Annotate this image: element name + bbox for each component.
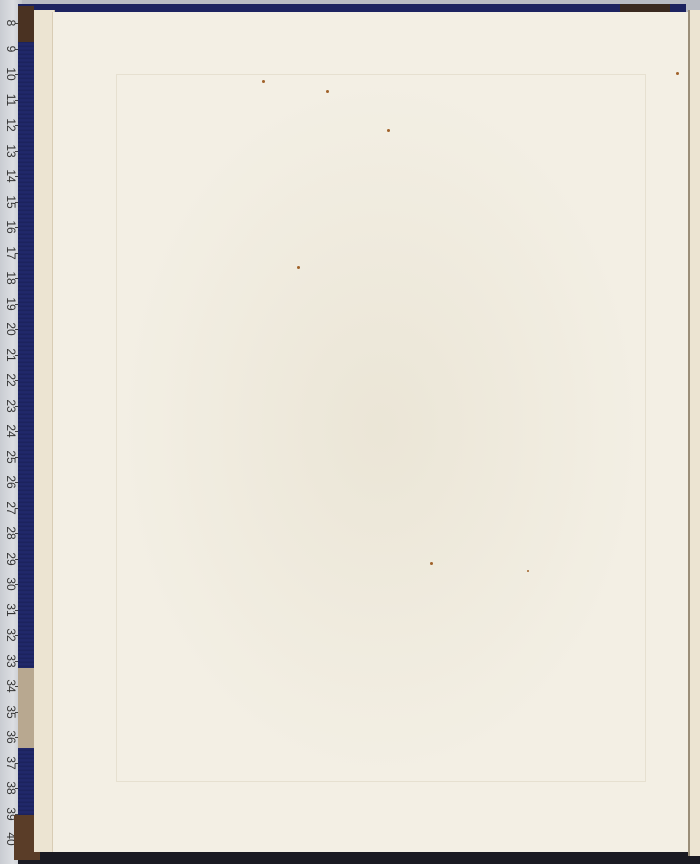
foxing-spot	[527, 570, 529, 572]
foxing-spot	[326, 90, 329, 93]
ruler-label: 33	[5, 651, 17, 671]
ruler-label: 17	[5, 243, 17, 263]
ruler-label: 34	[5, 676, 17, 696]
ruler-label: 36	[5, 727, 17, 747]
ruler-label: 30	[5, 574, 17, 594]
ruler-label: 13	[5, 141, 17, 161]
foxing-spot	[297, 266, 300, 269]
ruler-label: 14	[5, 166, 17, 186]
foxing-spot	[387, 129, 390, 132]
ruler-label: 38	[5, 778, 17, 798]
ruler-label: 11	[5, 90, 17, 110]
ruler-label: 20	[5, 319, 17, 339]
ruler-label: 22	[5, 370, 17, 390]
ruler-label: 29	[5, 549, 17, 569]
leather-corner-top	[18, 6, 34, 42]
ruler-label: 8	[5, 13, 17, 33]
book-cover-bottom-edge	[18, 852, 700, 864]
ruler-label: 26	[5, 472, 17, 492]
ruler-label: 31	[5, 600, 17, 620]
ruler-label: 28	[5, 523, 17, 543]
ruler-label: 27	[5, 498, 17, 518]
foxing-spot	[262, 80, 265, 83]
ruler-label: 25	[5, 447, 17, 467]
plate-mark	[116, 74, 646, 782]
ruler-label: 10	[5, 64, 17, 84]
ruler-label: 23	[5, 396, 17, 416]
ruler-label: 21	[5, 345, 17, 365]
ruler-label: 9	[5, 39, 17, 59]
ruler-label: 18	[5, 268, 17, 288]
ruler-label: 19	[5, 294, 17, 314]
foxing-spot	[676, 72, 679, 75]
ruler-label: 24	[5, 421, 17, 441]
ruler-label: 15	[5, 192, 17, 212]
book-cover-top-corner	[620, 4, 670, 12]
ruler-label: 16	[5, 217, 17, 237]
foxing-spot	[430, 562, 433, 565]
ruler-label: 32	[5, 625, 17, 645]
ruler-label: 12	[5, 115, 17, 135]
page-edge-right	[688, 10, 700, 856]
ruler-label: 37	[5, 753, 17, 773]
ruler-label: 35	[5, 702, 17, 722]
